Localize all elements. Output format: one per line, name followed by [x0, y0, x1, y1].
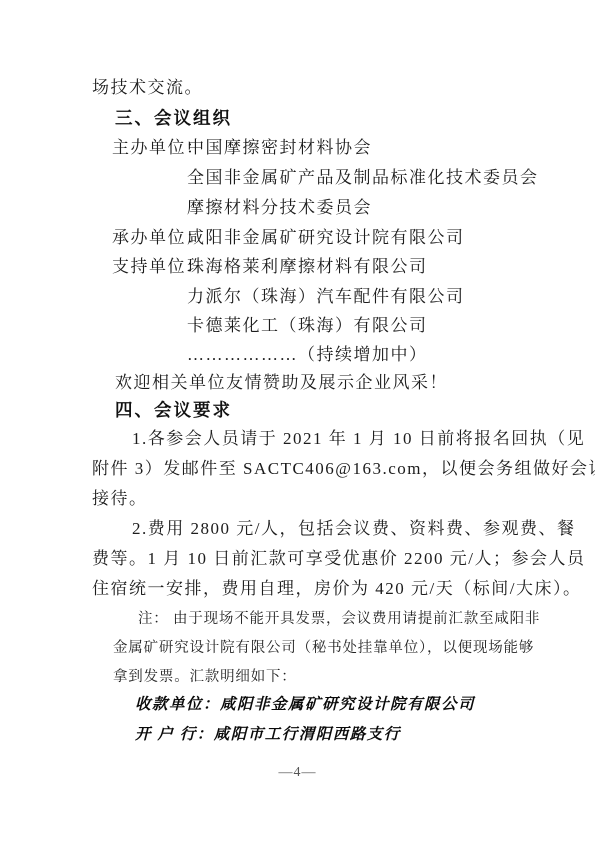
item1-line-1: 1.各参会人员请于 2021 年 1 月 10 日前将报名回执（见: [132, 427, 585, 451]
note-line-2: 金属矿研究设计院有限公司（秘书处挂靠单位），以便现场能够: [113, 636, 534, 660]
item2-line-2: 费等。1 月 10 日前汇款可享受优惠价 2200 元/人；参会人员: [92, 547, 585, 571]
organizer-name-2: 全国非金属矿产品及制品标准化技术委员会: [187, 166, 539, 190]
item1-line-2: 附件 3）发邮件至 SACTC406@163.com，以便会务组做好会议: [92, 457, 595, 481]
item2-line-1: 2.费用 2800 元/人，包括会议费、资料费、参观费、餐: [132, 517, 575, 541]
organizer-name-1: 中国摩擦密封材料协会: [187, 136, 372, 160]
supporter-name-3: 卡德莱化工（珠海）有限公司: [187, 314, 428, 338]
supporter-name-1: 珠海格莱利摩擦材料有限公司: [187, 255, 428, 279]
section4-heading: 四、会议要求: [115, 398, 232, 422]
organizer-name-3: 摩擦材料分技术委员会: [187, 196, 372, 220]
note-line-1: 注： 由于现场不能开具发票，会议费用请提前汇款至咸阳非: [138, 607, 540, 631]
note-line-3: 拿到发票。汇款明细如下：: [113, 665, 297, 689]
supporter-placeholder-dots: ………………（持续增加中）: [187, 343, 428, 367]
item1-line-3: 接待。: [92, 487, 148, 511]
section3-heading: 三、会议组织: [115, 106, 232, 130]
welcome-line: 欢迎相关单位友情赞助及展示企业风采！: [115, 371, 448, 395]
page-number: —4—: [0, 761, 595, 785]
document-page: 场技术交流。 三、会议组织 主办单位： 中国摩擦密封材料协会 全国非金属矿产品及…: [0, 0, 595, 841]
supporter-name-2: 力派尔（珠海）汽车配件有限公司: [187, 285, 465, 309]
item2-line-3: 住宿统一安排，费用自理，房价为 420 元/天（标间/大床）。: [92, 577, 581, 601]
undertaker-name: 咸阳非金属矿研究设计院有限公司: [187, 226, 465, 250]
payee-line: 收款单位：咸阳非金属矿研究设计院有限公司: [135, 693, 475, 717]
bank-line: 开 户 行：咸阳市工行渭阳西路支行: [135, 723, 401, 747]
intro-continuation-line: 场技术交流。: [92, 76, 203, 100]
